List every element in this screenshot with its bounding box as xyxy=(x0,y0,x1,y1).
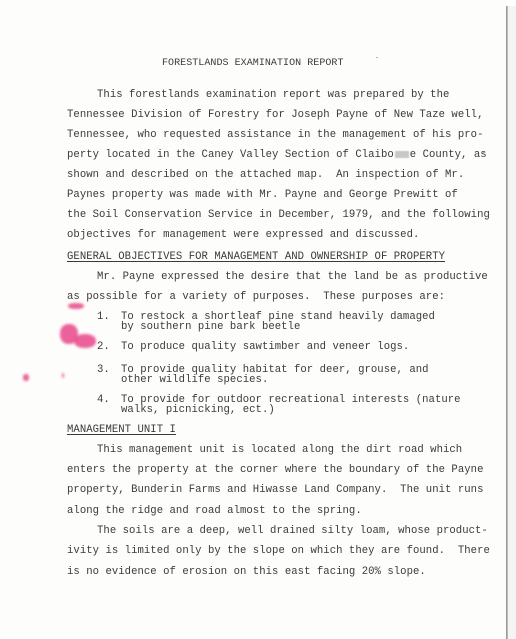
body-line: is no evidence of erosion on this east f… xyxy=(67,566,426,578)
body-line: as possible for a variety of purposes. T… xyxy=(67,291,445,303)
body-line: Mr. Payne expressed the desire that the … xyxy=(97,271,488,283)
intro-line: Tennessee, who requested assistance in t… xyxy=(67,129,483,141)
ink-smudge xyxy=(68,303,84,309)
body-line: The soils are a deep, well drained silty… xyxy=(97,525,488,537)
ink-smudge xyxy=(62,373,64,378)
page-edge-shade xyxy=(508,6,516,639)
intro-line: the Soil Conservation Service in Decembe… xyxy=(67,209,490,221)
objective-text: To produce quality sawtimber and veneer … xyxy=(121,341,409,353)
body-line: enters the property at the corner where … xyxy=(67,464,483,476)
section-heading-objectives: GENERAL OBJECTIVES FOR MANAGEMENT AND OW… xyxy=(67,251,445,263)
intro-line: objectives for management were expressed… xyxy=(67,229,419,241)
objective-text: by southern pine bark beetle xyxy=(121,321,300,333)
intro-line: perty located in the Caney Valley Sectio… xyxy=(67,149,487,161)
intro-line-tail: e County, as xyxy=(410,149,487,161)
body-line: along the ridge and road almost to the s… xyxy=(67,505,362,517)
redaction-mark xyxy=(395,151,409,158)
objective-number: 3. xyxy=(97,364,110,376)
intro-line: Tennessee Division of Forestry for Josep… xyxy=(67,109,483,121)
objective-number: 4. xyxy=(97,394,110,406)
intro-line: Paynes property was made with Mr. Payne … xyxy=(67,189,458,201)
report-title: FORESTLANDS EXAMINATION REPORT xyxy=(162,58,344,70)
objective-text: walks, picnicking, ect.) xyxy=(121,404,275,416)
body-line: ivity is limited only by the slope on wh… xyxy=(67,545,490,557)
document-page: FORESTLANDS EXAMINATION REPORT This fore… xyxy=(0,0,506,639)
speck xyxy=(483,152,485,153)
section-heading-management-unit: MANAGEMENT UNIT I xyxy=(67,424,176,436)
intro-line-head: perty located in the Caney Valley Sectio… xyxy=(67,149,394,161)
objective-text: other wildlife species. xyxy=(121,374,268,386)
ink-smudge xyxy=(74,334,96,348)
intro-line: shown and described on the attached map.… xyxy=(67,169,464,181)
intro-line: This forestlands examination report was … xyxy=(97,89,449,101)
ink-smudge xyxy=(23,374,29,381)
speck xyxy=(376,57,378,58)
objective-number: 1. xyxy=(97,311,110,323)
body-line: This management unit is located along th… xyxy=(97,444,462,456)
body-line: property, Bunderin Farms and Hiwasse Lan… xyxy=(67,484,483,496)
objective-number: 2. xyxy=(97,341,110,353)
